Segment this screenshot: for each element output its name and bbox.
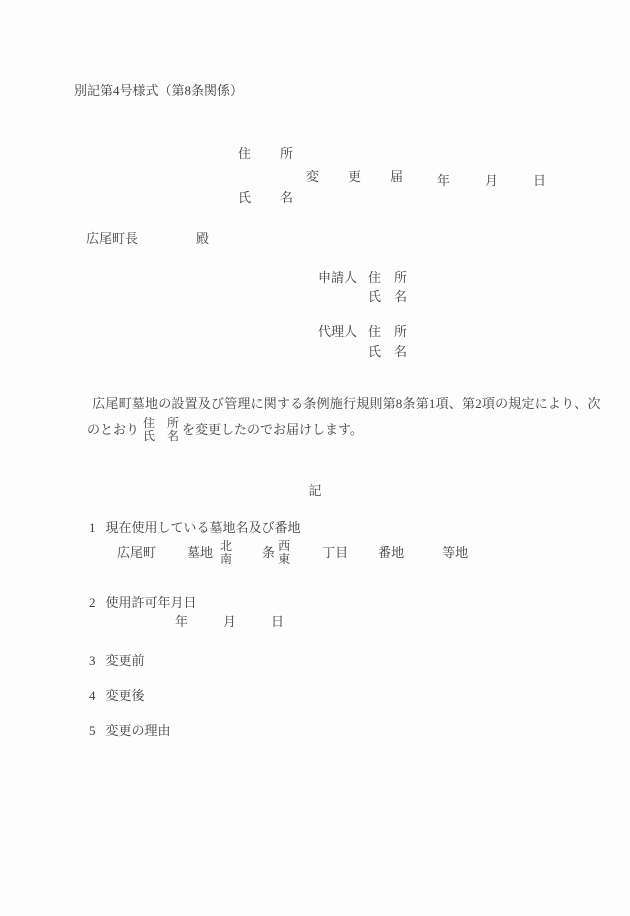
- title-address-name-stack: 住 所 氏 名: [238, 119, 301, 233]
- permit-date-line: 年 月 日: [175, 615, 295, 628]
- east-label: 東: [278, 553, 290, 566]
- item-5-number: 5: [89, 724, 96, 737]
- item-3-number: 3: [89, 654, 96, 667]
- item-4-label: 変更後: [106, 689, 145, 702]
- addressee-name: 広尾町長: [86, 232, 138, 245]
- body-paragraph-line1: 広尾町墓地の設置及び管理に関する条例施行規則第8条第1項、第2項の規定により、次: [79, 397, 601, 410]
- item-5-label: 変更の理由: [106, 724, 171, 737]
- title-main: 変 更 届: [306, 170, 411, 183]
- list-item-1: 1 現在使用している墓地名及び番地: [89, 521, 301, 534]
- form-reference-note: 別記第4号様式（第8条関係）: [74, 84, 243, 97]
- list-item-5: 5 変更の理由: [89, 724, 171, 737]
- document-page: 別記第4号様式（第8条関係） 住 所 氏 名 変 更 届 年 月 日 広尾町長 …: [0, 0, 630, 916]
- chome-label: 丁目: [322, 546, 348, 559]
- jou-label: 条: [262, 546, 275, 559]
- item-1-number: 1: [89, 521, 96, 534]
- body-paragraph-line2: のとおり 住 所 氏 名 を変更したのでお届けします。: [87, 416, 363, 443]
- south-label: 南: [220, 553, 232, 566]
- west-east-selector: 西 東: [278, 540, 290, 566]
- agent-address-label: 住 所: [368, 325, 407, 338]
- title-name-label: 氏 名: [238, 189, 301, 207]
- item-4-number: 4: [89, 689, 96, 702]
- cemetery-town-label: 広尾町: [117, 546, 156, 559]
- record-heading: 記: [0, 484, 630, 497]
- document-title: 住 所 氏 名 変 更 届: [238, 119, 411, 233]
- applicant-name-label: 氏 名: [368, 290, 407, 303]
- agent-role-label: 代理人: [318, 325, 357, 338]
- north-south-selector: 北 南: [220, 540, 232, 566]
- banchi-label: 番地: [378, 546, 404, 559]
- cemetery-address-line: 広尾町 墓地 北 南 条 西 東 丁目 番地 等地: [117, 539, 468, 566]
- applicant-address-row: 申請人 住 所: [318, 271, 407, 284]
- cemetery-label: 墓地: [187, 546, 213, 559]
- fraction-address-label: 住 所: [143, 417, 179, 430]
- item-3-label: 変更前: [106, 654, 145, 667]
- applicant-role-label: 申請人: [318, 271, 357, 284]
- date-line: 年 月 日: [437, 174, 557, 187]
- body-line2-prefix: のとおり: [87, 423, 139, 436]
- item-1-label: 現在使用している墓地名及び番地: [106, 521, 301, 534]
- item-2-number: 2: [89, 596, 96, 609]
- title-address-label: 住 所: [238, 145, 301, 163]
- agent-name-label: 氏 名: [368, 345, 407, 358]
- item-2-label: 使用許可年月日: [106, 596, 197, 609]
- west-label: 西: [278, 540, 290, 553]
- touchi-label: 等地: [442, 546, 468, 559]
- list-item-4: 4 変更後: [89, 689, 145, 702]
- fraction-name-label: 氏 名: [143, 430, 179, 443]
- body-line2-suffix: を変更したのでお届けします。: [182, 423, 363, 436]
- applicant-address-label: 住 所: [368, 271, 407, 284]
- north-label: 北: [220, 540, 232, 553]
- list-item-3: 3 変更前: [89, 654, 145, 667]
- list-item-2: 2 使用許可年月日: [89, 596, 197, 609]
- agent-address-row: 代理人 住 所: [318, 325, 407, 338]
- addressee-honorific: 殿: [196, 232, 209, 245]
- body-address-name-fraction: 住 所 氏 名: [143, 417, 179, 443]
- addressee-line: 広尾町長 殿: [86, 232, 209, 245]
